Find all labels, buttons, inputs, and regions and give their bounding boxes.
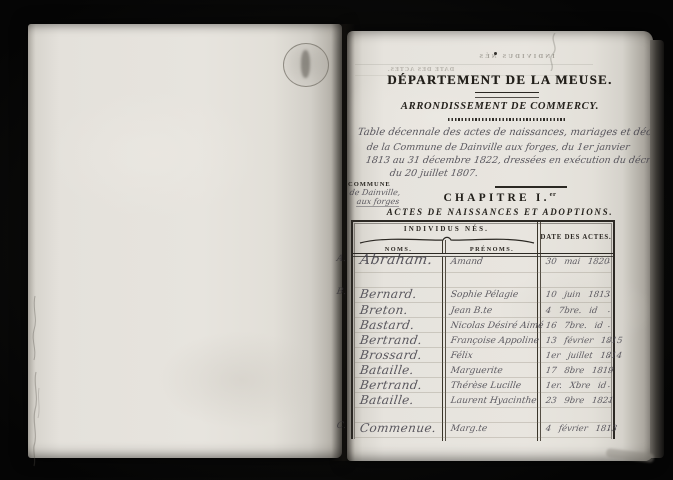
ink-spot xyxy=(494,52,497,55)
stamp-figure xyxy=(301,50,310,78)
chapter-title-text: CHAPITRE I. xyxy=(444,192,550,204)
nom-cell: Bernard. xyxy=(359,287,418,301)
nom-cell: Bertrand. xyxy=(359,333,423,347)
prenom-cell: Félix xyxy=(450,351,473,361)
prenom-cell: Amand xyxy=(450,257,483,267)
nom-cell: Breton. xyxy=(359,303,409,317)
column-separator xyxy=(442,240,446,253)
date-cell: 17 8bre 1819 xyxy=(545,366,612,376)
spine-handwriting-scribble xyxy=(29,292,43,468)
nom-cell: Brossard. xyxy=(359,348,423,362)
page-crease xyxy=(540,33,564,71)
date-cell: 1er juillet 1814 xyxy=(545,351,612,361)
chapter-divider xyxy=(495,186,567,188)
header-brace xyxy=(358,235,536,245)
nom-cell: Bertrand. xyxy=(359,378,423,392)
date-cell: 16 7bre. id xyxy=(545,321,612,331)
book-gutter xyxy=(331,24,355,461)
nom-cell: Bataille. xyxy=(359,363,415,377)
nom-cell: Commenue. xyxy=(359,421,437,435)
date-cell: 1er. Xbre id xyxy=(545,381,612,391)
table-row: B.Bernard.Sophie Pélagie10 juin 1813. xyxy=(353,289,613,304)
left-page xyxy=(28,24,342,458)
prenom-cell: Marg.te xyxy=(450,424,488,434)
table-row: Bataille.Laurent Hyacinthe23 9bre 1821. xyxy=(353,395,613,410)
date-cell: 10 juin 1813 xyxy=(545,290,612,300)
column-header-date: DATE DES ACTES. xyxy=(539,234,613,241)
table-row: C.Commenue.Marg.te4 février 1813. xyxy=(353,423,613,438)
department-title: DÉPARTEMENT DE LA MEUSE. xyxy=(347,72,653,88)
title-divider xyxy=(475,92,539,98)
prenom-cell: Sophie Pélagie xyxy=(450,290,519,300)
archival-book-scan: INDIVIDUS NÉS DATE DES ACTES. DÉPARTEMEN… xyxy=(0,0,673,480)
dotted-divider xyxy=(448,118,566,121)
table-row: A.Abraham.Amand30 mai 1820. xyxy=(353,256,613,271)
preamble-line: 1813 au 31 décembre 1822, dressées en ex… xyxy=(365,155,661,166)
prenom-cell: Françoise Appoline xyxy=(450,336,540,346)
arrondissement-title: ARRONDISSEMENT DE COMMERCY. xyxy=(347,101,653,112)
nom-cell: Bataille. xyxy=(359,393,415,407)
preamble-line: Table décennale des actes de naissances,… xyxy=(357,127,663,138)
prenom-cell: Laurent Hyacinthe xyxy=(450,396,537,406)
prenom-cell: Nicolas Désiré Aimé xyxy=(450,321,544,331)
preamble-line: de la Commune de Dainville aux forges, d… xyxy=(366,142,630,153)
ruled-line xyxy=(355,272,611,273)
date-cell: 13 février 1815 xyxy=(545,336,612,346)
chapter-subtitle: ACTES DE NAISSANCES ET ADOPTIONS. xyxy=(347,207,653,217)
nom-cell: Abraham. xyxy=(359,252,434,268)
right-page: INDIVIDUS NÉS DATE DES ACTES. DÉPARTEMEN… xyxy=(347,31,653,461)
chapter-title: CHAPITRE I.er xyxy=(347,191,653,204)
chapter-superscript: er xyxy=(550,191,557,198)
column-header-prenoms: PRÉNOMS. xyxy=(446,246,538,253)
date-cell: 30 mai 1820 xyxy=(545,257,612,267)
page-fore-edge xyxy=(650,40,664,458)
prenom-cell: Marguerite xyxy=(450,366,503,376)
register-table: INDIVIDUS NÉS. NOMS. PRÉNOMS. DATE DES A… xyxy=(351,220,615,439)
nom-cell: Bastard. xyxy=(359,318,416,332)
preamble-line: du 20 juillet 1807. xyxy=(389,168,479,179)
prenom-cell: Jean B.te xyxy=(450,306,493,316)
date-cell: 23 9bre 1821 xyxy=(545,396,612,406)
prenom-cell: Thérèse Lucille xyxy=(450,381,522,391)
date-cell: 4 7bre. id xyxy=(545,306,612,316)
date-cell: 4 février 1813 xyxy=(545,424,612,434)
table-group-header: INDIVIDUS NÉS. xyxy=(353,225,540,233)
archive-stamp-icon xyxy=(283,43,329,87)
handwritten-preamble: Table décennale des actes de naissances,… xyxy=(353,127,621,187)
